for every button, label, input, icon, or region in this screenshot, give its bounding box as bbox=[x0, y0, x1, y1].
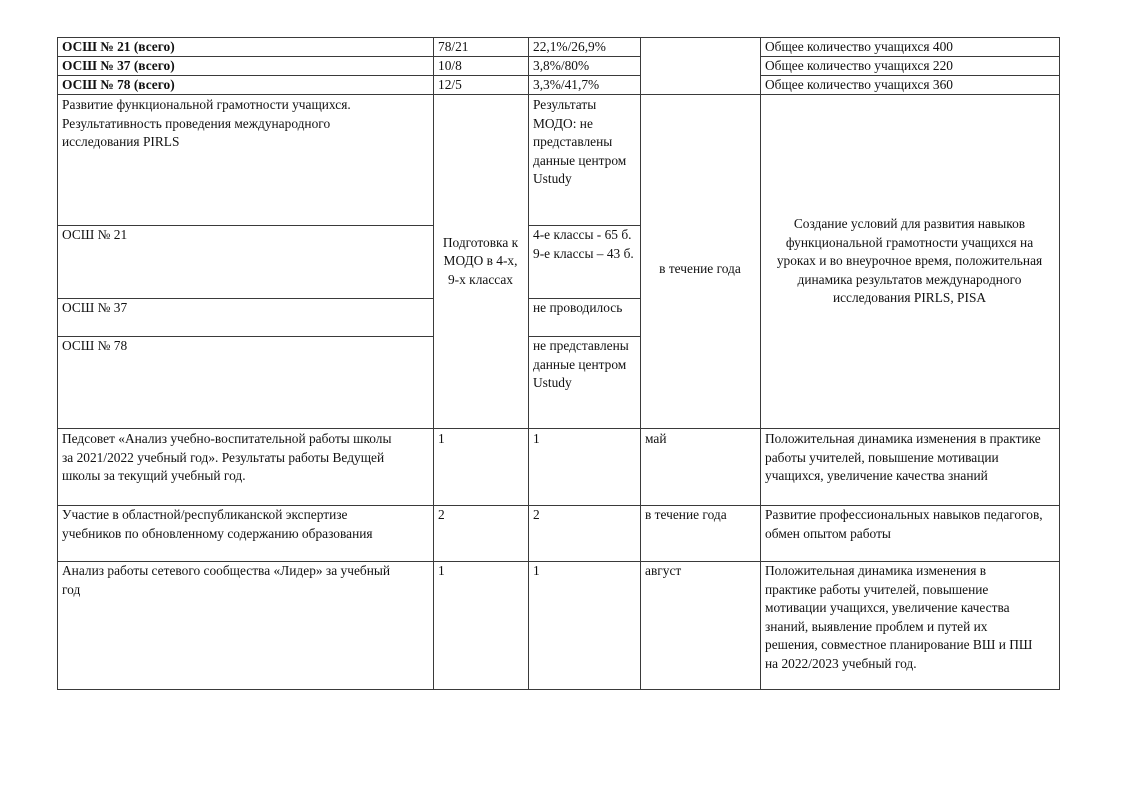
plan-cell: 1 bbox=[433, 561, 528, 689]
literacy-result: Создание условий для развития навыков фу… bbox=[760, 95, 1059, 428]
fact-cell: 2 bbox=[528, 505, 640, 561]
literacy-school-name: ОСШ № 21 bbox=[57, 225, 433, 298]
timing-cell: август bbox=[640, 561, 760, 689]
fact-cell: 1 bbox=[528, 561, 640, 689]
summary-percent: 22,1%/26,9% bbox=[528, 37, 640, 56]
fact-cell: 1 bbox=[528, 429, 640, 505]
timing-cell: в течение года bbox=[640, 505, 760, 561]
result-cell: Развитие профессиональных навыков педаго… bbox=[760, 505, 1050, 561]
literacy-timing: в течение года bbox=[640, 95, 760, 443]
summary-school-name: ОСШ № 37 (всего) bbox=[57, 56, 433, 75]
summary-count: 10/8 bbox=[433, 56, 528, 75]
summary-count: 12/5 bbox=[433, 75, 528, 94]
literacy-overall-fact: Результаты МОДО: не представлены данные … bbox=[528, 95, 640, 225]
literacy-title: Развитие функциональной грамотности учащ… bbox=[57, 95, 397, 225]
summary-result: Общее количество учащихся 400 bbox=[760, 37, 1059, 56]
literacy-school-name: ОСШ № 37 bbox=[57, 298, 433, 336]
activity-cell: Педсовет «Анализ учебно-воспитательной р… bbox=[57, 429, 402, 505]
summary-result: Общее количество учащихся 360 bbox=[760, 75, 1059, 94]
summary-percent: 3,8%/80% bbox=[528, 56, 640, 75]
summary-result: Общее количество учащихся 220 bbox=[760, 56, 1059, 75]
literacy-plan: Подготовка к МОДО в 4-х, 9-х классах bbox=[433, 95, 528, 428]
literacy-school-fact: не представлены данные центром Ustudy bbox=[528, 336, 640, 428]
activity-cell: Анализ работы сетевого сообщества «Лидер… bbox=[57, 561, 412, 689]
document-page: ОСШ № 21 (всего) 78/21 22,1%/26,9% Общее… bbox=[0, 0, 1123, 794]
timing-cell: май bbox=[640, 429, 760, 505]
literacy-school-fact: не проводилось bbox=[528, 298, 640, 336]
result-cell: Положительная динамика изменения в практ… bbox=[760, 429, 1050, 505]
summary-count: 78/21 bbox=[433, 37, 528, 56]
summary-percent: 3,3%/41,7% bbox=[528, 75, 640, 94]
summary-school-name: ОСШ № 21 (всего) bbox=[57, 37, 433, 56]
summary-school-name: ОСШ № 78 (всего) bbox=[57, 75, 433, 94]
literacy-school-fact: 4-е классы - 65 б. 9-е классы – 43 б. bbox=[528, 225, 640, 298]
plan-cell: 1 bbox=[433, 429, 528, 505]
plan-cell: 2 bbox=[433, 505, 528, 561]
literacy-school-name: ОСШ № 78 bbox=[57, 336, 433, 428]
result-cell: Положительная динамика изменения в практ… bbox=[760, 561, 1045, 689]
activity-cell: Участие в областной/республиканской эксп… bbox=[57, 505, 412, 561]
